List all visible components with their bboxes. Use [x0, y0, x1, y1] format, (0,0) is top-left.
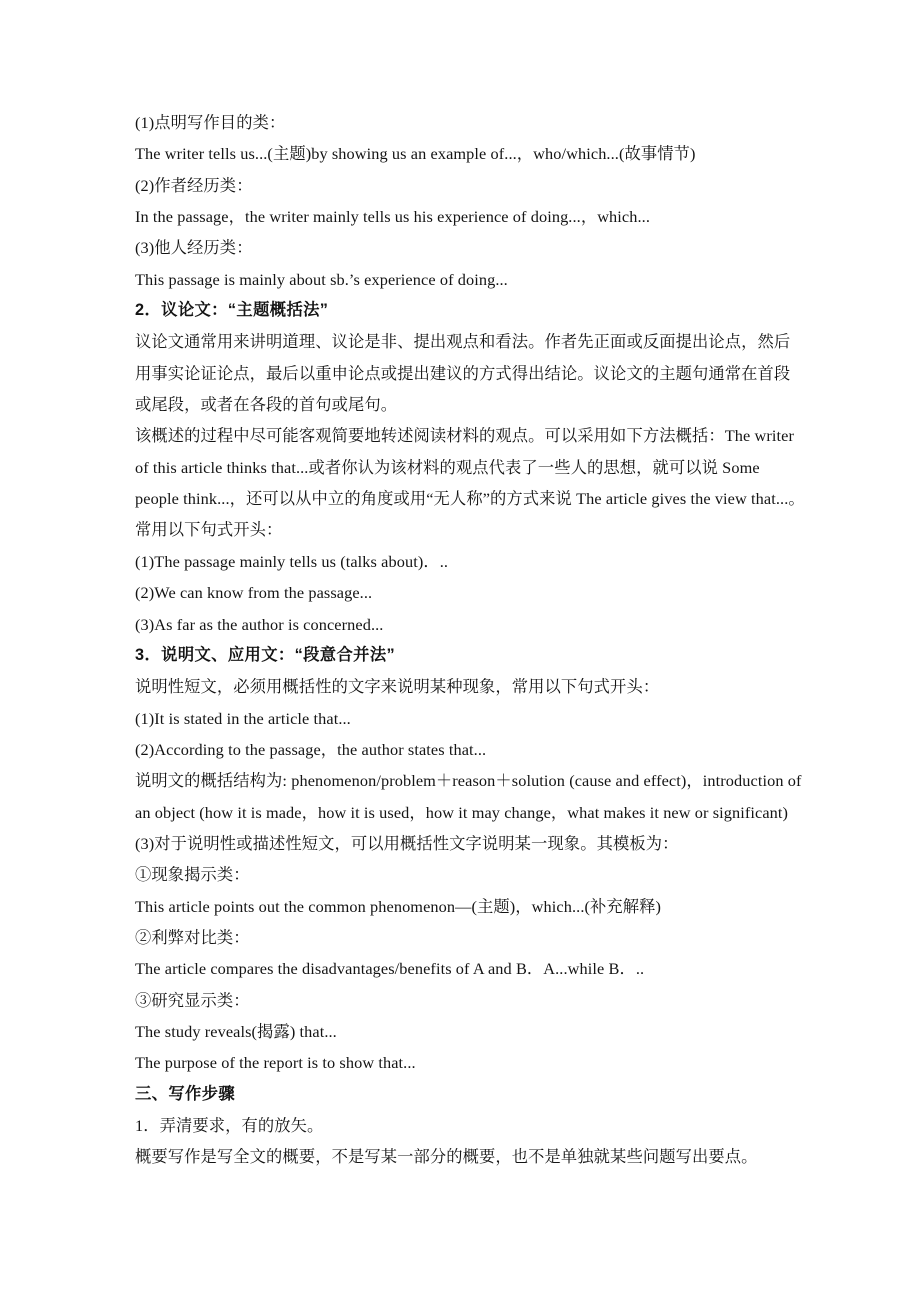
text-line: 说明文的概括结构为: phenomenon/problem＋reason＋sol…	[135, 765, 795, 796]
text-line: of this article thinks that...或者你认为该材料的观…	[135, 452, 795, 483]
text-line: This article points out the common pheno…	[135, 891, 795, 922]
document-page: (1)点明写作目的类： The writer tells us...(主题)by…	[0, 0, 920, 1302]
text-line: The writer tells us...(主题)by showing us …	[135, 138, 795, 169]
text-line: 概要写作是写全文的概要，不是写某一部分的概要，也不是单独就某些问题写出要点。	[135, 1141, 795, 1172]
text-line: (3)As far as the author is concerned...	[135, 609, 795, 640]
text-line: 说明性短文，必须用概括性的文字来说明某种现象，常用以下句式开头：	[135, 671, 795, 702]
text-line: (3)他人经历类：	[135, 232, 795, 263]
text-line: (1)点明写作目的类：	[135, 107, 795, 138]
text-line: (1)The passage mainly tells us (talks ab…	[135, 546, 795, 577]
text-line: (1)It is stated in the article that...	[135, 703, 795, 734]
text-line: 常用以下句式开头：	[135, 514, 795, 545]
text-line: ①现象揭示类：	[135, 859, 795, 890]
section-heading-writing-steps: 三、写作步骤	[135, 1079, 795, 1110]
section-heading-argumentative: 2．议论文：“主题概括法”	[135, 295, 795, 326]
text-line: (3)对于说明性或描述性短文，可以用概括性文字说明某一现象。其模板为：	[135, 828, 795, 859]
text-line: 该概述的过程中尽可能客观简要地转述阅读材料的观点。可以采用如下方法概括：The …	[135, 420, 795, 451]
text-line: This passage is mainly about sb.’s exper…	[135, 264, 795, 295]
text-line: 或尾段，或者在各段的首句或尾句。	[135, 389, 795, 420]
text-line: an object (how it is made，how it is used…	[135, 797, 795, 828]
text-line: (2)We can know from the passage...	[135, 577, 795, 608]
section-heading-expository: 3．说明文、应用文：“段意合并法”	[135, 640, 795, 671]
text-line: 议论文通常用来讲明道理、议论是非、提出观点和看法。作者先正面或反面提出论点，然后	[135, 326, 795, 357]
text-line: 用事实论证论点，最后以重申论点或提出建议的方式得出结论。议论文的主题句通常在首段	[135, 358, 795, 389]
text-line: The article compares the disadvantages/b…	[135, 953, 795, 984]
text-line: ②利弊对比类：	[135, 922, 795, 953]
text-line: The study reveals(揭露) that...	[135, 1016, 795, 1047]
text-line: (2)According to the passage，the author s…	[135, 734, 795, 765]
text-line: In the passage，the writer mainly tells u…	[135, 201, 795, 232]
text-line: 1．弄清要求，有的放矢。	[135, 1110, 795, 1141]
document-text-block: (1)点明写作目的类： The writer tells us...(主题)by…	[135, 107, 795, 1173]
text-line: The purpose of the report is to show tha…	[135, 1047, 795, 1078]
text-line: people think...，还可以从中立的角度或用“无人称”的方式来说 Th…	[135, 483, 795, 514]
text-line: ③研究显示类：	[135, 985, 795, 1016]
text-line: (2)作者经历类：	[135, 170, 795, 201]
